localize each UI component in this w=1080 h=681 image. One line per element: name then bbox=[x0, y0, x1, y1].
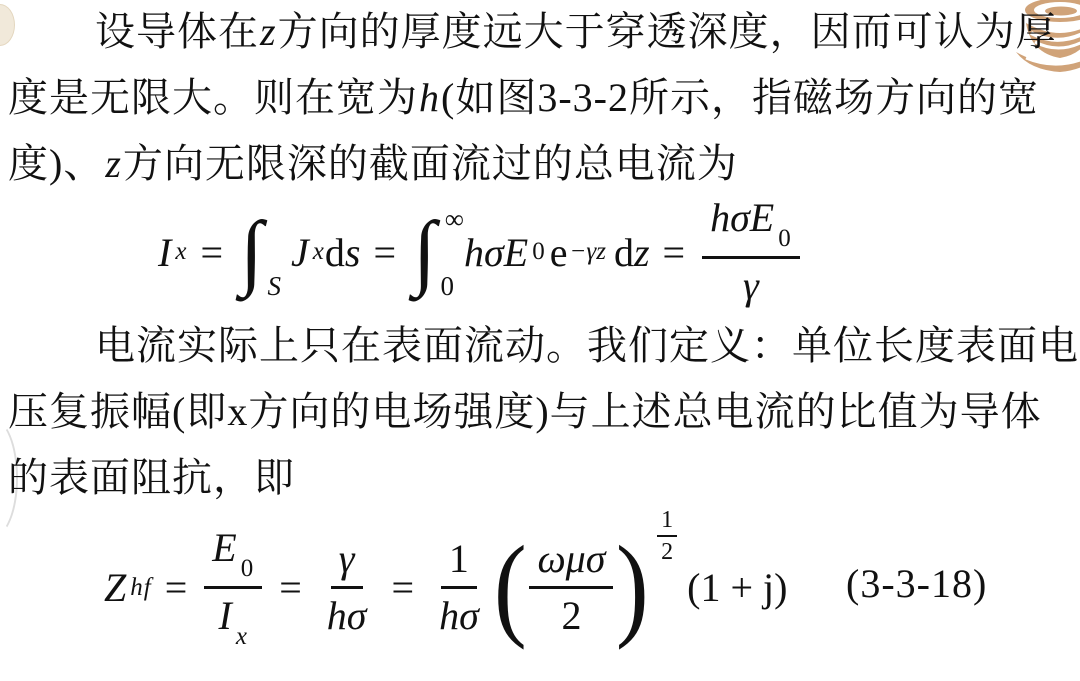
integral-0-to-infinity: ∫ ∞ 0 bbox=[413, 208, 460, 296]
math-J-subscript: x bbox=[313, 238, 325, 266]
math-I: I bbox=[219, 593, 232, 638]
paragraph2-line3: 的表面阻抗，即 bbox=[8, 452, 295, 504]
math-d: d bbox=[325, 229, 345, 276]
integral-over-S: ∫ S bbox=[240, 208, 287, 296]
math-e: e bbox=[550, 229, 568, 276]
variable-z: z bbox=[259, 9, 278, 54]
text-run: 设导体在 bbox=[95, 9, 259, 54]
fraction-numerator: 1 bbox=[441, 532, 477, 589]
variable-h: h bbox=[418, 75, 441, 120]
math-s: s bbox=[345, 229, 361, 276]
fraction-numerator: E0 bbox=[204, 521, 262, 589]
math-I-subscript: x bbox=[175, 238, 187, 266]
left-edge-ornament bbox=[0, 4, 15, 46]
equals-sign: = bbox=[392, 564, 415, 611]
math-one-plus-j: (1 + j) bbox=[687, 564, 787, 611]
paragraph1-line3: 度)、z方向无限深的截面流过的总电流为 bbox=[8, 138, 738, 190]
fraction-denominator: γ bbox=[735, 259, 767, 313]
equals-sign: = bbox=[663, 229, 686, 276]
text-run: 度是无限大。则在宽为 bbox=[8, 75, 418, 120]
text-run: (如图3-3-2所示，指磁场方向的宽 bbox=[441, 75, 1039, 120]
math-E-subscript: 0 bbox=[241, 555, 255, 582]
integral-upper-limit-infinity: ∞ bbox=[445, 204, 464, 235]
integral-sign: ∫ bbox=[413, 208, 436, 296]
equation-number: (3-3-18) bbox=[846, 560, 987, 607]
paragraph1-line2: 度是无限大。则在宽为h(如图3-3-2所示，指磁场方向的宽 bbox=[8, 72, 1039, 124]
text-run: 电流实际上只在表面流动。我们定义：单位长度表面电 bbox=[95, 323, 1079, 368]
integral-sign: ∫ bbox=[240, 208, 263, 296]
exponent-one-half: 1 2 bbox=[657, 505, 677, 567]
formula-total-current: Ix = ∫ S Jx ds = ∫ ∞ 0 hσE0 e−γz dz = hσ… bbox=[158, 188, 804, 316]
paragraph1-line1: 设导体在z方向的厚度远大于穿透深度，因而可认为厚 bbox=[95, 6, 1057, 58]
math-d: d bbox=[614, 229, 634, 276]
math-Z: Z bbox=[104, 564, 126, 611]
fraction-denominator: hσ bbox=[431, 589, 487, 643]
fraction-numerator: ωμσ bbox=[529, 532, 613, 589]
math-I-subscript: x bbox=[236, 623, 248, 650]
math-I: I bbox=[158, 229, 171, 276]
integral-lower-limit-0: 0 bbox=[441, 271, 455, 302]
equals-sign: = bbox=[200, 229, 223, 276]
math-E-subscript: 0 bbox=[778, 225, 792, 252]
paragraph2-line1: 电流实际上只在表面流动。我们定义：单位长度表面电 bbox=[95, 320, 1079, 372]
fraction-denominator: Ix bbox=[211, 589, 256, 654]
text-run: 方向的厚度远大于穿透深度，因而可认为厚 bbox=[278, 9, 1057, 54]
exponent-denominator: 2 bbox=[661, 537, 673, 567]
paragraph2-line2: 压复振幅(即x方向的电场强度)与上述总电流的比值为导体 bbox=[8, 386, 1042, 438]
math-h-sigma-E: hσE bbox=[464, 229, 528, 276]
equals-sign: = bbox=[373, 229, 396, 276]
fraction-denominator: hσ bbox=[319, 589, 375, 643]
right-parenthesis: ) bbox=[616, 541, 649, 634]
text-run: 的表面阻抗，即 bbox=[8, 455, 295, 500]
fraction-1-over-hsigma: 1 hσ bbox=[431, 532, 487, 643]
equals-sign: = bbox=[279, 564, 302, 611]
fraction-denominator: 2 bbox=[553, 589, 589, 643]
fraction-omegamusigma-over-2: ωμσ 2 bbox=[529, 532, 613, 643]
text-run: 度)、 bbox=[8, 141, 104, 186]
math-J: J bbox=[291, 229, 309, 276]
integral-lower-limit-S: S bbox=[268, 271, 282, 302]
math-z: z bbox=[634, 229, 650, 276]
math-E: E bbox=[212, 525, 236, 570]
math-Z-subscript: hf bbox=[130, 574, 151, 602]
fraction-hsigmaE0-over-gamma: hσE0 γ bbox=[702, 191, 800, 313]
math-exponent: −γz bbox=[569, 238, 605, 266]
text-run: 方向无限深的截面流过的总电流为 bbox=[123, 141, 738, 186]
fraction-gamma-over-hsigma: γ hσ bbox=[319, 532, 375, 643]
math-h-sigma-E: hσE bbox=[710, 195, 774, 240]
math-E-subscript: 0 bbox=[532, 238, 546, 266]
fraction-numerator: hσE0 bbox=[702, 191, 800, 259]
variable-z: z bbox=[104, 141, 123, 186]
text-run: 压复振幅(即x方向的电场强度)与上述总电流的比值为导体 bbox=[8, 389, 1042, 434]
left-parenthesis: ( bbox=[494, 541, 527, 634]
exponent-numerator: 1 bbox=[657, 505, 677, 537]
fraction-numerator: γ bbox=[331, 532, 363, 589]
fraction-E0-over-Ix: E0 Ix bbox=[204, 521, 262, 655]
formula-surface-impedance: Zhf = E0 Ix = γ hσ = 1 hσ ( ωμσ 2 ) 1 2 … bbox=[104, 505, 787, 670]
equals-sign: = bbox=[165, 564, 188, 611]
